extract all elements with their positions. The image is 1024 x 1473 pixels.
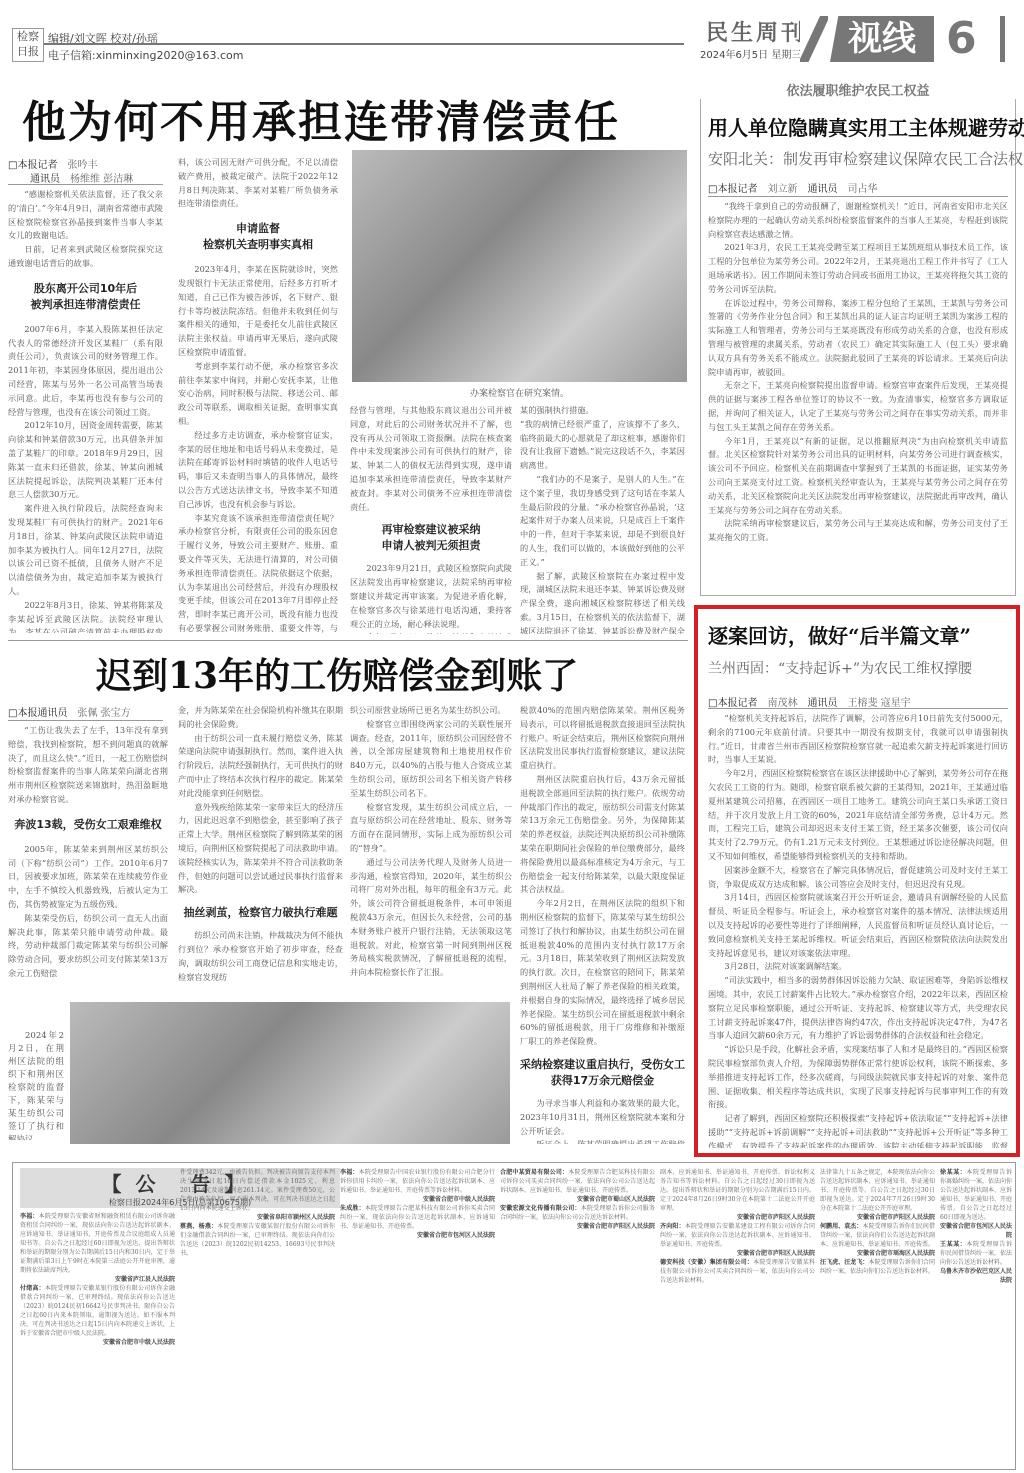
subheading: 采纳检察建议重启执行，受伤女工获得17万余元赔偿金 [520, 1057, 685, 1089]
notice-text: 本院受理原告诉你离婚纠纷一案，依法向你公告送达起诉状副本、应诉通知书、举证通知书… [940, 1169, 1012, 1221]
paragraph: 2022年8月3日，徐某、钟某将陈某及李某起诉至武陵区法院。法院经审理认为，李某… [8, 599, 163, 633]
notice-text: 本院受理原告中国农业银行股份有限公司合肥分行诉你信用卡纠纷一案，依法向你公告送达… [340, 1169, 495, 1194]
kicker-text: 依法履职维护农民工权益 [780, 84, 935, 99]
decorative-slash [800, 16, 828, 62]
right-story1-body: “我终于拿到自己的劳动报酬了，谢谢检察机关！”近日，河南省安阳市北关区检察院办理… [708, 200, 1008, 590]
article1-column-3: 经营与管理，与其他股东商议退出公司并被同意，对此后的公司财务状况并不了解，也没有… [350, 404, 512, 634]
notice-party: 何鹏用、袁杰： [820, 1223, 862, 1230]
paragraph: 2023年9月21日，武陵区检察院向武陵区法院发出再审检察建议，法院采纳再审检察… [350, 562, 512, 631]
notice-party: 付绪高： [20, 1285, 45, 1292]
photo-caption: 2024年2月2日，在荆州区法院的组织下和荆州区检察院的监督下，陈某荣与某生纺织… [8, 1030, 64, 1140]
paragraph: 税款40%的范围内赔偿陈某荣。荆州区税务局表示，可以将留抵退税款直接退回至法院执… [520, 704, 685, 773]
article-divider [8, 640, 688, 641]
paragraph: 检察官发现，某生纺织公司成立后，一直与原纺织公司在经营地址、股东、财务等方面存在… [350, 801, 512, 856]
paragraph: 2012年10月，因资金周转需要，陈某向徐某和钟某借款30万元，出具借条并加盖了… [8, 419, 163, 502]
notice-court: 乌鲁木齐市沙依巴克区人民法院 [940, 1267, 1012, 1285]
paragraph: 听证会上，陈某荣明确提出希望工伤赔偿金能一次性执行到位，并帮助她解决养老保险问题… [520, 1138, 685, 1144]
notice-text: 副本、应诉通知书、举证通知书、开庭传票、诉讼权利义务告知书等诉讼材料。自公告之日… [660, 1169, 815, 1212]
article1-byline-2: 通讯员杨维维 彭洁琳 [30, 170, 143, 185]
divider [8, 184, 163, 185]
subheading: 奔波13载，受伤女工艰难维权 [8, 817, 168, 833]
notice-court: 安徽省合肥市中级人民法院 [20, 1338, 175, 1347]
paragraph: 今年3月13日，徐某、钟某和李某达成了和解协议，并向法院申请撤回对李某的执行。随… [350, 631, 512, 634]
article2-byline: □本报通讯员张佩 张宝方 [8, 704, 141, 719]
paragraph: “司法实践中，相当多的弱势群体因诉讼能力欠缺、取证困难等，身陷诉讼维权困境。其中… [708, 974, 1008, 1043]
paragraph: 2021年3月，农民工王某亮受聘至某工程项目王某凯班组从事技术员工作，该工程的分… [708, 241, 1008, 296]
notice-column: 件受理费342元，由被告负担。判决被告向原告支付本判决生效之日起10日内偿还借款… [180, 1168, 335, 1466]
right-story2-headline: 逐案回访，做好“后半篇文章” [708, 620, 971, 649]
notice-item: 安徽宏源文化传播有限公司：本院受理原告诉你公司服务合同纠纷一案，依法向你公司公告… [500, 1204, 655, 1231]
notice-column: 李福：本院受理原告中国农业银行股份有限公司合肥分行诉你信用卡纠纷一案，依法向你公… [340, 1168, 495, 1466]
paragraph: 日前，记者来到武陵区检察院探究这通致谢电话背后的故事。 [8, 243, 163, 271]
notice-party: 合肥中某贸易有限公司： [500, 1169, 568, 1176]
article1-column-2: 料，该公司因无财产可供分配，不足以清偿破产费用，被裁定破产。法院于2022年12… [178, 156, 338, 633]
paragraph: 纺织公司尚未注销，仲裁裁决为何不能执行到位？承办检察官开始了初步审查，经查询，调… [178, 929, 343, 984]
notice-court: 安徽省合肥市包河区人民法院 [340, 1231, 495, 1240]
paragraph: 今年2月2日，在荆州区法院的组织下和荆州区检察院的监督下，陈某荣与某生纺织公司签… [520, 897, 685, 1049]
notice-item: 李福：本院受理原告中国农业银行股份有限公司合肥分行诉你信用卡纠纷一案，依法向你公… [340, 1168, 495, 1204]
byline-role: □本报记者 [708, 184, 757, 195]
right-story1-subhead: 安阳北关：制发再审检察建议保障农民工合法权益 [708, 148, 1024, 169]
editor-email: 电子信箱:xinminxing2020@163.com [48, 47, 244, 63]
divider [708, 708, 1008, 709]
notice-party: 李福： [340, 1169, 359, 1176]
notice-item: 汪飞虎、汪龙飞：本院受理原告诉你们合同纠纷一案，依法向你们公告送达诉讼材料。 [820, 1258, 935, 1276]
subheading: 股东离开公司10年后 被判承担连带清偿责任 [8, 281, 163, 313]
article1-byline: □本报记者张吟丰 [8, 156, 107, 171]
notice-court: 安徽省合肥市庐阳区人民法院 [820, 1213, 935, 1222]
paragraph: 案件进入执行阶段后，法院经查询未发现某鞋厂有可供执行的财产。2021年6月18日… [8, 502, 163, 599]
notice-text: 本院受理原告安徽某银行股份有限公司诉你金融借款合同纠纷一案，已审理终结。现依法向… [20, 1285, 175, 1337]
paragraph: 2023年4月，李某在医院就诊时，突然发现银行卡无法正常使用，后经多方打听才知道… [178, 263, 338, 360]
notice-party: 徐某某： [940, 1169, 966, 1176]
notice-court: 安徽省合肥市中级人民法院 [340, 1195, 495, 1204]
paragraph: 记者了解到，西固区检察院还积极探索“支持起诉+依法取证”“支持起诉+法律援助”“… [708, 1112, 1008, 1148]
paragraph: “诉讼只是手段，化解社会矛盾，实现案结事了人和才是最终目的。”西固区检察院民事检… [708, 1043, 1008, 1112]
paragraph: 考虑到李某行动不便，承办检察官多次前往李某家中询问，并耐心安抚李某，让他安心治病… [178, 360, 338, 429]
paragraph: 2007年6月，李某入股陈某担任法定代表人的常德经济开发区某鞋厂（系有限责任公司… [8, 323, 163, 420]
right-story2-body: “检察机关支持起诉后，法院作了调解，公司答应6月10日前先支付5000元，剩余的… [708, 712, 1008, 1148]
notice-court: 安徽省合肥市庐阳区人民法院 [660, 1249, 815, 1258]
article2-column-2: 金，并为陈某荣在社会保险机构补缴其在职期间的社会保险费。 由于纺织公司一直未履行… [178, 704, 343, 994]
byline-name: 张佩 张宝方 [77, 708, 130, 719]
notice-party: 安徽宏源文化传播有限公司： [500, 1205, 581, 1212]
weekly-title: 民生周刊 [706, 16, 806, 47]
right-story2-subhead: 兰州西固：“支持起诉+”为农民工维权撑腰 [708, 658, 972, 678]
notice-item: 德安科技（安徽）集团有限公司：本院受理原告安徽某科技有限公司诉你公司买卖合同纠纷… [660, 1258, 815, 1285]
notice-item: 朱成胜：本院受理原告合肥某科技有限公司诉你买卖合同纠纷一案，现依法向你公告送达起… [340, 1204, 495, 1240]
article2-photo-caption: 2024年2月2日，在荆州区法院的组织下和荆州区检察院的监督下，陈某荣与某生纺织… [8, 1030, 64, 1140]
notice-item: 李福：本院受理原告安徽省财和融资租赁有限公司诉你融资租赁合同纠纷一案，现依法向你… [20, 1212, 175, 1284]
notice-text: 本院受理原告安徽省财和融资租赁有限公司诉你融资租赁合同纠纷一案，现依法向你公告送… [20, 1213, 175, 1274]
notice-item: 法律第九十五条之规定，本院现依法向你公告送达起诉状副本、应诉通知书、举证通知书、… [820, 1168, 935, 1222]
paragraph: 料，该公司因无财产可供分配，不足以清偿破产费用，被裁定破产。法院于2022年12… [178, 156, 338, 211]
paragraph: 据了解，武陵区检察院在办案过程中发现，湖城区法院未退还李某、钟某诉讼费及财产保全… [520, 570, 685, 634]
article2-headline: 迟到13年的工伤赔偿金到账了 [96, 648, 578, 699]
newspaper-logo: 检察日报 [12, 28, 44, 62]
masthead-rule [44, 43, 684, 45]
paragraph: 李某究竟该不该承担连带清偿责任呢？承办检察官分析，有限责任公司的股东因怠于履行义… [178, 512, 338, 633]
notice-column: 法律第九十五条之规定，本院现依法向你公告送达起诉状副本、应诉通知书、举证通知书、… [820, 1168, 935, 1466]
section-name: 视线 [830, 16, 934, 62]
paragraph: 无奈之下，王某亮向检察院提出监督申请。检察官审查案件后发现，王某亮提供的证据与案… [708, 379, 1008, 434]
divider [708, 196, 1008, 197]
notice-column: 副本、应诉通知书、举证通知书、开庭传票、诉讼权利义务告知书等诉讼材料。自公告之日… [660, 1168, 815, 1466]
paragraph: 检察官立即围绕两家公司的关联性展开调查。经查，2011年，原纺织公司因经营不善，… [350, 718, 512, 801]
notice-column: 李福：本院受理原告安徽省财和融资租赁有限公司诉你融资租赁合同纠纷一案，现依法向你… [20, 1212, 175, 1466]
notice-court: 安徽省合肥市蜀山区人民法院 [500, 1195, 655, 1204]
article2-column-1: “工伤让我失去了左手，13年没有拿到赔偿，我找到检察院，想不到问题真的就解决了，… [8, 724, 168, 1024]
paragraph: 织公司原营业场所已更名为某生纺织公司。 [350, 704, 512, 718]
notice-party: 德安科技（安徽）集团有限公司： [660, 1259, 753, 1266]
notice-court: 安徽省庐江县人民法院 [20, 1275, 175, 1284]
notice-party: 李福： [20, 1213, 39, 1220]
notice-column: 徐某某：本院受理原告诉你离婚纠纷一案，依法向你公告送达起诉状副本、应诉通知书、举… [940, 1168, 1012, 1466]
notice-court: 安徽省合肥市瑶海区人民法院 [820, 1249, 935, 1258]
paragraph: 法院采纳再审检察建议后，某劳务公司与王某亮达成和解，劳务公司支付了王某亮拖欠的工… [708, 517, 1008, 545]
notice-item: 蔡燕、杨燕：本院受理原告安徽某银行股份有限公司诉你们金融借款合同纠纷一案，已审理… [180, 1222, 335, 1258]
notice-court: 安徽省阜阳市颍州区人民法院 [180, 1213, 335, 1222]
paragraph: 3月28日，法院对该案调解结案。 [708, 960, 1008, 974]
paragraph: 经营与管理，与其他股东商议退出公司并被同意，对此后的公司财务状况并不了解，也没有… [350, 404, 512, 514]
notice-court: 安徽省合肥市庐阳区人民法院 [660, 1213, 815, 1222]
paragraph: 2005年，陈某荣来到荆州区某纺织公司（下称“纺织公司”）工作。2010年6月7… [8, 843, 168, 912]
article2-column-4: 税款40%的范围内赔偿陈某荣。荆州区税务局表示，可以将留抵退税款直接退回至法院执… [520, 704, 685, 1144]
right-story1-byline: □本报记者刘立新通讯员司占华 [708, 180, 887, 195]
byline-name: 刘立新 [767, 184, 797, 195]
subheading: 申请监督 检察机关查明事实真相 [178, 221, 338, 253]
notice-court: 安徽省合肥市包河区人民法院 [940, 1222, 1012, 1240]
paragraph: “检察机关支持起诉后，法院作了调解，公司答应6月10日前先支付5000元，剩余的… [708, 712, 1008, 767]
paragraph: 金，并为陈某荣在社会保险机构补缴其在职期间的社会保险费。 [178, 704, 343, 732]
notice-item: 付绪高：本院受理原告安徽某银行股份有限公司诉你金融借款合同纠纷一案，已审理终结。… [20, 1284, 175, 1347]
article2-column-3: 织公司原营业场所已更名为某生纺织公司。 检察官立即围绕两家公司的关联性展开调查。… [350, 704, 512, 999]
paragraph: “我们办的不是案子，是别人的人生。”在这个案子里，我切身感受到了这句话在李某人生… [520, 473, 685, 570]
paragraph: 在诉讼过程中，劳务公司辩称，案涉工程分包给了王某凯，王某凯与劳务公司签署的《劳务… [708, 297, 1008, 380]
paragraph: 3月14日，西固区检察院就该案召开公开听证会，邀请具有调解经验的人民监督员、听证… [708, 891, 1008, 960]
paragraph: 某的强制执行措施。 “我的病情已经很严重了，应该撑不了多久，临终前最大的心愿就是… [520, 404, 685, 473]
lead-paragraph: “感谢检察机关依法监督，还了我父亲的‘清白’。”今年4月9日，湖南省常德市武陵区… [8, 188, 163, 243]
notice-item: 徐某某：本院受理原告诉你离婚纠纷一案，依法向你公告送达起诉状副本、应诉通知书、举… [940, 1168, 1012, 1240]
notice-party: 朱成胜： [340, 1205, 365, 1212]
byline-name: 司占华 [847, 184, 877, 195]
notice-court: 安徽省合肥市庐阳区人民法院 [500, 1222, 655, 1231]
paragraph: 荆州区法院重启执行后，43万余元留抵退税款全部退回至法院的执行账户。依规劳动仲裁… [520, 773, 685, 897]
notice-party: 王某某： [940, 1241, 966, 1248]
notice-item: 齐向阳：本院受理原告安徽某建设工程有限公司诉你合同纠纷一案，依法向你公告送达起诉… [660, 1222, 815, 1258]
issue-date: 2024年6月5日 星期三 [700, 46, 801, 61]
page-number: 6 [946, 14, 977, 64]
right-story1-headline: 用人单位隐瞒真实用工主体规避劳动关系 [708, 112, 1024, 141]
paragraph: 通过与公司法务代理人及财务人员进一步沟通，检察官得知，2020年，某生纺织公司将… [350, 856, 512, 980]
section-kicker: 依法履职维护农民工权益 [700, 80, 1016, 99]
notice-party: 蔡燕、杨燕： [180, 1223, 217, 1230]
notice-party: 齐向阳： [660, 1223, 685, 1230]
notice-item: 件受理费342元，由被告负担。判决被告向原告支付本判决生效之日起10日内偿还借款… [180, 1168, 335, 1222]
photo-caption: 办案检察官在研究案情。 [352, 386, 687, 399]
article1-headline: 他为何不用承担连带清偿责任 [22, 86, 620, 150]
byline-role: □本报通讯员 [8, 708, 67, 719]
paragraph: 经过多方走访调查，承办检察官证实，李某的居住地址和电话号码从未变换过，是法院在邮… [178, 429, 338, 512]
paragraph: “我终于拿到自己的劳动报酬了，谢谢检察机关！”近日，河南省安阳市北关区检察院办理… [708, 200, 1008, 241]
notice-item: 王某某：本院受理原告诉你民间借贷纠纷一案，依法向你公告送达诉讼材料。乌鲁木齐市沙… [940, 1240, 1012, 1285]
notice-text: 法律第九十五条之规定，本院现依法向你公告送达起诉状副本、应诉通知书、举证通知书、… [820, 1169, 935, 1212]
byline-role: 通讯员 [807, 184, 837, 195]
notice-column: 合肥中某贸易有限公司：本院受理原告合肥某科技有限公司诉你公司买卖合同纠纷一案，依… [500, 1168, 655, 1466]
lead-paragraph: “工伤让我失去了左手，13年没有拿到赔偿，我找到检察院，想不到问题真的就解决了，… [8, 724, 168, 807]
notice-item: 副本、应诉通知书、举证通知书、开庭传票、诉讼权利义务告知书等诉讼材料。自公告之日… [660, 1168, 815, 1222]
page-bar [1000, 16, 1005, 62]
subheading: 再审检察建议被采纳 申请人被判无须担责 [350, 522, 512, 554]
paragraph: 今年1月，王某亮以“有新的证据，足以推翻原判决”为由向检察机关申请监督。北关区检… [708, 435, 1008, 518]
paragraph: 因案涉金额不大，检察官在了解完具体情况后，督促建筑公司及时支付王某工资，争取促成… [708, 864, 1008, 892]
right-story2-byline: □本报记者南茂林通讯员王榕斐 寇星宇 [708, 694, 921, 709]
article1-photo [352, 150, 687, 382]
paragraph: 今年2月，西固区检察院检察官在该区法律援助中心了解到，某劳务公司存在拖欠农民工工… [708, 767, 1008, 864]
article1-column-1: “感谢检察机关依法监督，还了我父亲的‘清白’。”今年4月9日，湖南省常德市武陵区… [8, 188, 163, 633]
paragraph: 陈某荣受伤后，纺织公司一直无人出面解决此事，陈某荣只能申请劳动仲裁。最终，劳动仲… [8, 912, 168, 981]
article1-column-4: 某的强制执行措施。 “我的病情已经很严重了，应该撑不了多久，临终前最大的心愿就是… [520, 404, 685, 634]
notice-party: 汪飞虎、汪龙飞： [820, 1259, 868, 1266]
notice-item: 何鹏用、袁杰：本院受理原告诉你们民间借贷纠纷一案，依法向你们公告送达起诉状副本、… [820, 1222, 935, 1258]
notice-text: 件受理费342元，由被告负担。判决被告向原告支付本判决生效之日起10日内偿还借款… [180, 1169, 335, 1212]
paragraph: 为寻求当事人利益和办案效果的最大化，2023年10月31日，荆州区检察院就本案和… [520, 1097, 685, 1138]
notice-item: 合肥中某贸易有限公司：本院受理原告合肥某科技有限公司诉你公司买卖合同纠纷一案，依… [500, 1168, 655, 1204]
divider [8, 720, 163, 721]
subheading: 抽丝剥茧，检察官力破执行难题 [178, 905, 343, 921]
article2-photo [70, 1002, 510, 1144]
paragraph: 意外残疾给陈某荣一家带来巨大的经济压力，因此迟迟拿不到赔偿金，甚至影响了孩子正常… [178, 801, 343, 898]
paragraph: 由于纺织公司一直未履行赔偿义务，陈某荣遂向法院申请强制执行。然而，案件进入执行阶… [178, 732, 343, 801]
